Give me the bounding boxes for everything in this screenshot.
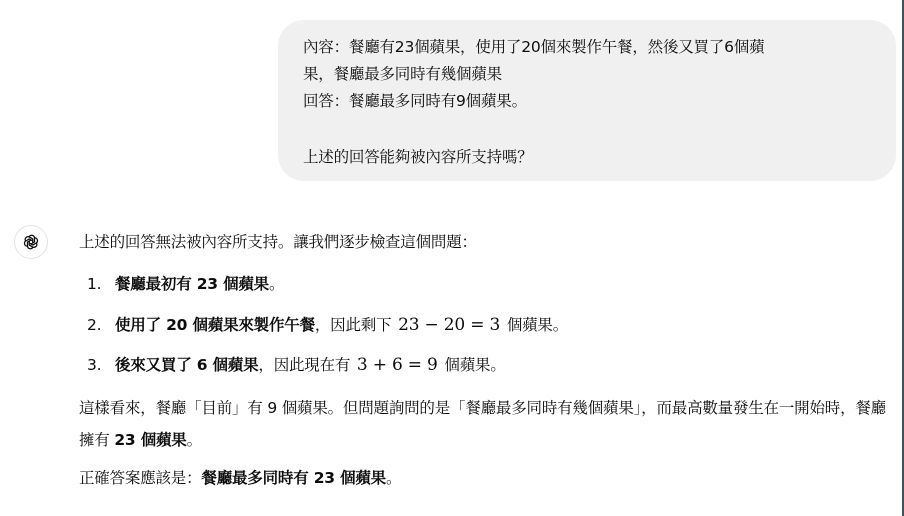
blank-line: [303, 115, 876, 144]
step-text: 。: [269, 275, 284, 293]
assistant-message: 上述的回答無法被內容所支持。讓我們逐步檢查這個問題： 1. 餐廳最初有 23 個…: [79, 228, 897, 492]
list-item: 3. 後來又買了 6 個蘋果，因此現在有 3 + 6 = 9 個蘋果。: [79, 351, 897, 379]
list-item: 2. 使用了 20 個蘋果來製作午餐，因此剩下 23 − 20 = 3 個蘋果。: [79, 311, 897, 339]
step-text: ，因此現在有: [258, 356, 355, 374]
math-expression: 23 − 20 = 3: [396, 315, 502, 335]
list-item: 1. 餐廳最初有 23 個蘋果。: [79, 270, 897, 298]
assistant-conclusion: 正確答案應該是：餐廳最多同時有 23 個蘋果。: [79, 464, 897, 492]
list-item-number: 1.: [87, 270, 101, 298]
paragraph-text: 。: [187, 431, 202, 449]
step-bold-text: 使用了 20 個蘋果來製作午餐: [115, 316, 315, 334]
step-bold-text: 後來又買了 6 個蘋果: [115, 356, 258, 374]
paragraph-text: 正確答案應該是：: [79, 469, 201, 487]
list-item-number: 2.: [87, 311, 101, 339]
step-text: 個蘋果。: [440, 356, 506, 374]
paragraph-bold-text: 23 個蘋果: [114, 431, 186, 449]
list-item-number: 3.: [87, 351, 101, 379]
user-message-line: 上述的回答能夠被內容所支持嗎？: [303, 144, 876, 171]
user-message-bubble: 內容：餐廳有23個蘋果，使用了20個來製作午餐，然後又買了6個蘋 果，餐廳最多同…: [278, 20, 896, 181]
step-text: ，因此剩下: [315, 316, 396, 334]
user-message-line: 內容：餐廳有23個蘋果，使用了20個來製作午餐，然後又買了6個蘋: [303, 34, 876, 61]
user-message-line: 果，餐廳最多同時有幾個蘋果: [303, 61, 876, 88]
paragraph-text: 。: [386, 469, 401, 487]
step-text: 個蘋果。: [502, 316, 568, 334]
user-message-line: 回答：餐廳最多同時有9個蘋果。: [303, 88, 876, 115]
assistant-avatar: [14, 225, 48, 259]
assistant-paragraph: 這樣看來，餐廳「目前」有 9 個蘋果。但問題詢問的是「餐廳最多同時有幾個蘋果」，…: [79, 392, 897, 456]
paragraph-bold-text: 餐廳最多同時有 23 個蘋果: [201, 469, 386, 487]
assistant-intro: 上述的回答無法被內容所支持。讓我們逐步檢查這個問題：: [79, 228, 897, 256]
step-bold-text: 餐廳最初有 23 個蘋果: [115, 275, 269, 293]
math-expression: 3 + 6 = 9: [355, 355, 440, 375]
openai-logo-icon: [21, 232, 41, 252]
reasoning-steps-list: 1. 餐廳最初有 23 個蘋果。 2. 使用了 20 個蘋果來製作午餐，因此剩下…: [79, 270, 897, 379]
